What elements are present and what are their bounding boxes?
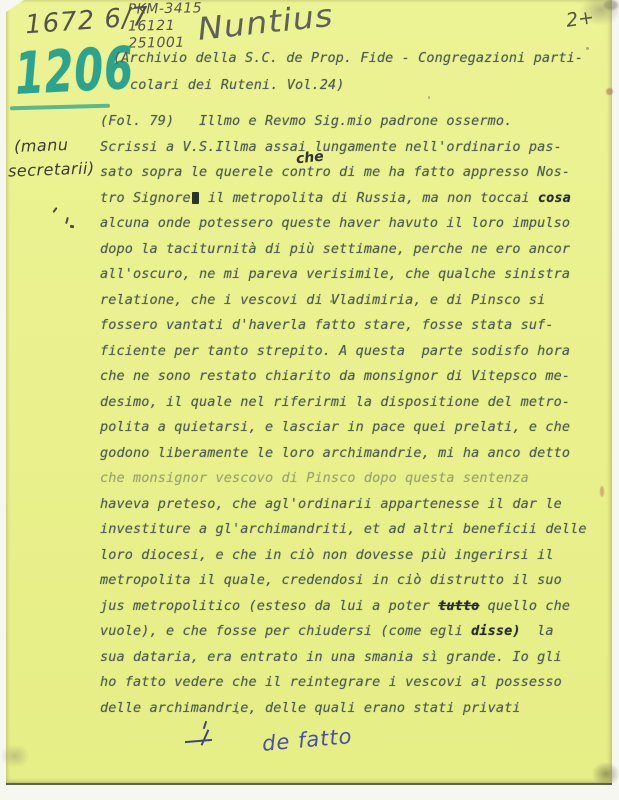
typed-text: ficiente per tanto strepito. A questa pa…	[100, 343, 570, 359]
typed-line: haveva preteso, che agl'ordinarii appart…	[100, 496, 562, 512]
typed-line: all'oscuro, ne mi pareva verisimile, che…	[100, 266, 570, 282]
scan-corner-wedge	[6, 0, 24, 12]
ink-blot	[192, 192, 199, 204]
paper-speck	[428, 96, 430, 99]
typed-line: (Fol. 79) Illmo e Revmo Sig.mio padrone …	[100, 113, 512, 129]
typed-line: alcuna onde potessero queste haver havut…	[100, 215, 570, 231]
typed-text: vuole), e che fosse per chiudersi (come …	[100, 623, 471, 639]
typed-line: relatione, che i vescovi di Vladimiria, …	[100, 292, 545, 308]
typed-text: jus metropolitico (esteso da lui a poter	[100, 598, 438, 614]
typed-text: quello che	[479, 598, 570, 614]
typed-line: Scrissi a V.S.Illma assai lungamente nel…	[100, 139, 562, 155]
typed-line: dopo la taciturnità di più settimane, pe…	[100, 241, 570, 257]
typed-line: loro diocesi, e che in ciò non dovesse p…	[100, 547, 554, 563]
typed-text: sato sopra le querele contro di me ha fa…	[100, 164, 570, 180]
typed-emphasis: disse)	[471, 623, 521, 639]
handwritten-codes: PKM-3415 16121 251001	[128, 0, 203, 52]
scanned-document: { "page": { "paper_color": "#e9f08c", "t…	[0, 0, 619, 800]
speck-right-edge-red	[600, 486, 604, 497]
pencil-mark	[70, 225, 74, 229]
typed-text: godono liberamente le loro archimandrie,…	[100, 445, 570, 461]
typed-text: dopo la taciturnità di più settimane, pe…	[100, 241, 570, 257]
typed-text: desimo, il quale nel riferirmi la dispos…	[100, 394, 570, 410]
typed-line: delle archimandrie, delle quali erano st…	[100, 700, 521, 716]
code-line-1: PKM-3415	[128, 0, 203, 18]
typed-text: loro diocesi, e che in ciò non dovesse p…	[100, 547, 554, 563]
typed-text: tro Signore	[100, 190, 191, 206]
typed-emphasis: cosa	[538, 190, 571, 206]
typed-line: ficiente per tanto strepito. A questa pa…	[100, 343, 570, 359]
typed-line: ho fatto vedere che il reintegrare i ves…	[100, 674, 562, 690]
typed-line: jus metropolitico (esteso da lui a poter…	[100, 598, 570, 614]
typed-line: godono liberamente le loro archimandrie,…	[100, 445, 570, 461]
typed-text: (Fol. 79) Illmo e Revmo Sig.mio padrone …	[100, 113, 512, 129]
typed-text: ho fatto vedere che il reintegrare i ves…	[100, 674, 562, 690]
handwritten-manu-line2: secretarii)	[8, 158, 95, 180]
archive-note-line2: colari dei Ruteni. Vol.24)	[130, 77, 344, 93]
typed-text: il metropolita di Russia, ma non toccai	[200, 190, 538, 206]
typed-line: tro Signore il metropolita di Russia, ma…	[100, 190, 571, 206]
typed-text: relatione, che i vescovi di Vladimiria, …	[100, 292, 545, 308]
typed-text: polita a quietarsi, e lasciar in pace qu…	[100, 419, 570, 435]
typed-text: la	[521, 623, 554, 639]
typed-line: vuole), e che fosse per chiudersi (come …	[100, 623, 554, 639]
paper-speck	[586, 47, 589, 50]
stain-bottom-left	[0, 744, 30, 768]
handwritten-stamp-number: 1206	[13, 34, 136, 108]
typed-text: sua dataria, era entrato in una smania s…	[100, 649, 562, 665]
typed-text: Scrissi a V.S.Illma assai lungamente nel…	[100, 139, 562, 155]
handwritten-page-mark: 2+	[565, 6, 596, 32]
typed-line: sua dataria, era entrato in una smania s…	[100, 649, 562, 665]
typed-line: fossero vantati d'haverla fatto stare, f…	[100, 317, 554, 333]
typed-text: all'oscuro, ne mi pareva verisimile, che…	[100, 266, 570, 282]
typed-text: investiture a gl'archimandriti, et ad al…	[100, 521, 587, 537]
typed-line: sato sopra le querele contro di me ha fa…	[100, 164, 570, 180]
handwritten-manu-line1: (manu	[14, 135, 69, 156]
typed-line: che ne sono restato chiarito da monsigno…	[100, 368, 570, 384]
typed-text: che monsignor vescovo di Pinsco dopo que…	[100, 470, 529, 486]
typed-text: delle archimandrie, delle quali erano st…	[100, 700, 521, 716]
typed-text: haveva preteso, che agl'ordinarii appart…	[100, 496, 562, 512]
typed-line: che monsignor vescovo di Pinsco dopo que…	[100, 470, 529, 486]
typed-text: metropolita il quale, credendosi in ciò …	[100, 572, 562, 588]
archive-note-line1: (Archivio della S.C. de Prop. Fide - Con…	[113, 50, 583, 66]
speck-right-edge	[606, 88, 613, 95]
stain-bottom-right	[592, 762, 619, 786]
typed-line: desimo, il quale nel riferirmi la dispos…	[100, 394, 570, 410]
stain-top-right-dark	[604, 0, 618, 10]
typed-line: investiture a gl'archimandriti, et ad al…	[100, 521, 587, 537]
typed-line: polita a quietarsi, e lasciar in pace qu…	[100, 419, 570, 435]
typed-text: alcuna onde potessero queste haver havut…	[100, 215, 570, 231]
code-line-2: 16121	[128, 17, 203, 35]
typed-line: metropolita il quale, credendosi in ciò …	[100, 572, 562, 588]
typed-text: che ne sono restato chiarito da monsigno…	[100, 368, 570, 384]
typed-emphasis: tutto	[438, 598, 479, 614]
typed-text: fossero vantati d'haverla fatto stare, f…	[100, 317, 554, 333]
